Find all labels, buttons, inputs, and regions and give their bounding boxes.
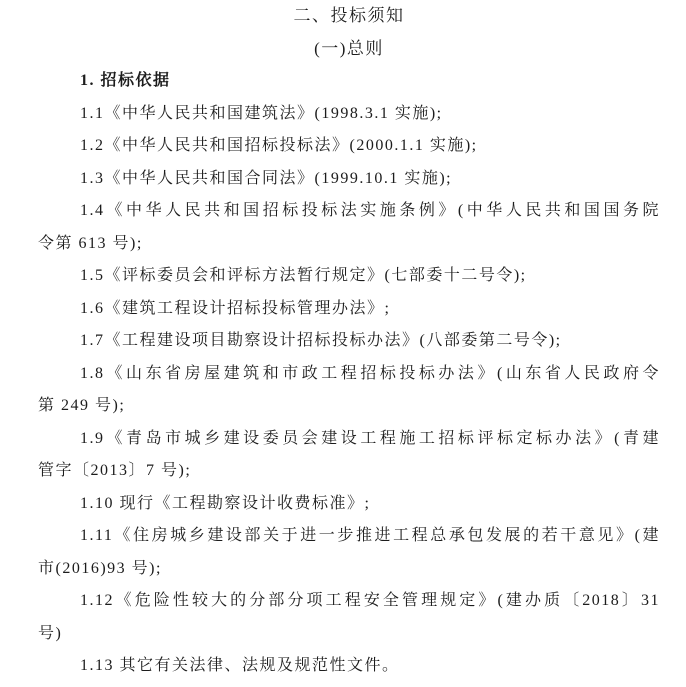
clause-line: 1.12《危险性较大的分部分项工程安全管理规定》(建办质〔2018〕31 [38, 585, 660, 618]
clause-paragraph: 1.5《评标委员会和评标方法暂行规定》(七部委十二号令); [38, 260, 660, 293]
clause-list: 1.1《中华人民共和国建筑法》(1998.3.1 实施);1.2《中华人民共和国… [38, 98, 660, 683]
clause-line: 管字〔2013〕7 号); [38, 455, 660, 488]
clause-line: 1.1《中华人民共和国建筑法》(1998.3.1 实施); [38, 98, 660, 131]
clause-line: 1.7《工程建设项目勘察设计招标投标办法》(八部委第二号令); [38, 325, 660, 358]
clause-line: 1.5《评标委员会和评标方法暂行规定》(七部委十二号令); [38, 260, 660, 293]
clause-paragraph: 1.13 其它有关法律、法规及规范性文件。 [38, 650, 660, 683]
section-heading: 1. 招标依据 [38, 65, 660, 98]
clause-paragraph: 1.2《中华人民共和国招标投标法》(2000.1.1 实施); [38, 130, 660, 163]
clause-paragraph: 1.7《工程建设项目勘察设计招标投标办法》(八部委第二号令); [38, 325, 660, 358]
clause-paragraph: 1.4《中华人民共和国招标投标法实施条例》(中华人民共和国国务院令第 613 号… [38, 195, 660, 260]
clause-line: 1.2《中华人民共和国招标投标法》(2000.1.1 实施); [38, 130, 660, 163]
clause-paragraph: 1.10 现行《工程勘察设计收费标准》; [38, 488, 660, 521]
clause-paragraph: 1.6《建筑工程设计招标投标管理办法》; [38, 293, 660, 326]
clause-line: 号) [38, 618, 660, 651]
clause-line: 1.3《中华人民共和国合同法》(1999.10.1 实施); [38, 163, 660, 196]
document-page: 二、投标须知 (一)总则 1. 招标依据 1.1《中华人民共和国建筑法》(199… [0, 0, 686, 687]
clause-line: 1.11《住房城乡建设部关于进一步推进工程总承包发展的若干意见》(建 [38, 520, 660, 553]
clause-line: 1.9《青岛市城乡建设委员会建设工程施工招标评标定标办法》(青建 [38, 423, 660, 456]
clause-line: 第 249 号); [38, 390, 660, 423]
clause-line: 1.8《山东省房屋建筑和市政工程招标投标办法》(山东省人民政府令 [38, 358, 660, 391]
clause-paragraph: 1.11《住房城乡建设部关于进一步推进工程总承包发展的若干意见》(建市(2016… [38, 520, 660, 585]
clause-line: 1.13 其它有关法律、法规及规范性文件。 [38, 650, 660, 683]
clause-line: 1.4《中华人民共和国招标投标法实施条例》(中华人民共和国国务院 [38, 195, 660, 228]
clause-paragraph: 1.12《危险性较大的分部分项工程安全管理规定》(建办质〔2018〕31号) [38, 585, 660, 650]
document-title: 二、投标须知 [38, 0, 660, 33]
clause-paragraph: 1.1《中华人民共和国建筑法》(1998.3.1 实施); [38, 98, 660, 131]
clause-paragraph: 1.8《山东省房屋建筑和市政工程招标投标办法》(山东省人民政府令第 249 号)… [38, 358, 660, 423]
clause-paragraph: 1.3《中华人民共和国合同法》(1999.10.1 实施); [38, 163, 660, 196]
clause-line: 1.10 现行《工程勘察设计收费标准》; [38, 488, 660, 521]
clause-line: 令第 613 号); [38, 228, 660, 261]
clause-line: 市(2016)93 号); [38, 553, 660, 586]
clause-paragraph: 1.9《青岛市城乡建设委员会建设工程施工招标评标定标办法》(青建管字〔2013〕… [38, 423, 660, 488]
clause-line: 1.6《建筑工程设计招标投标管理办法》; [38, 293, 660, 326]
document-subtitle: (一)总则 [38, 33, 660, 66]
